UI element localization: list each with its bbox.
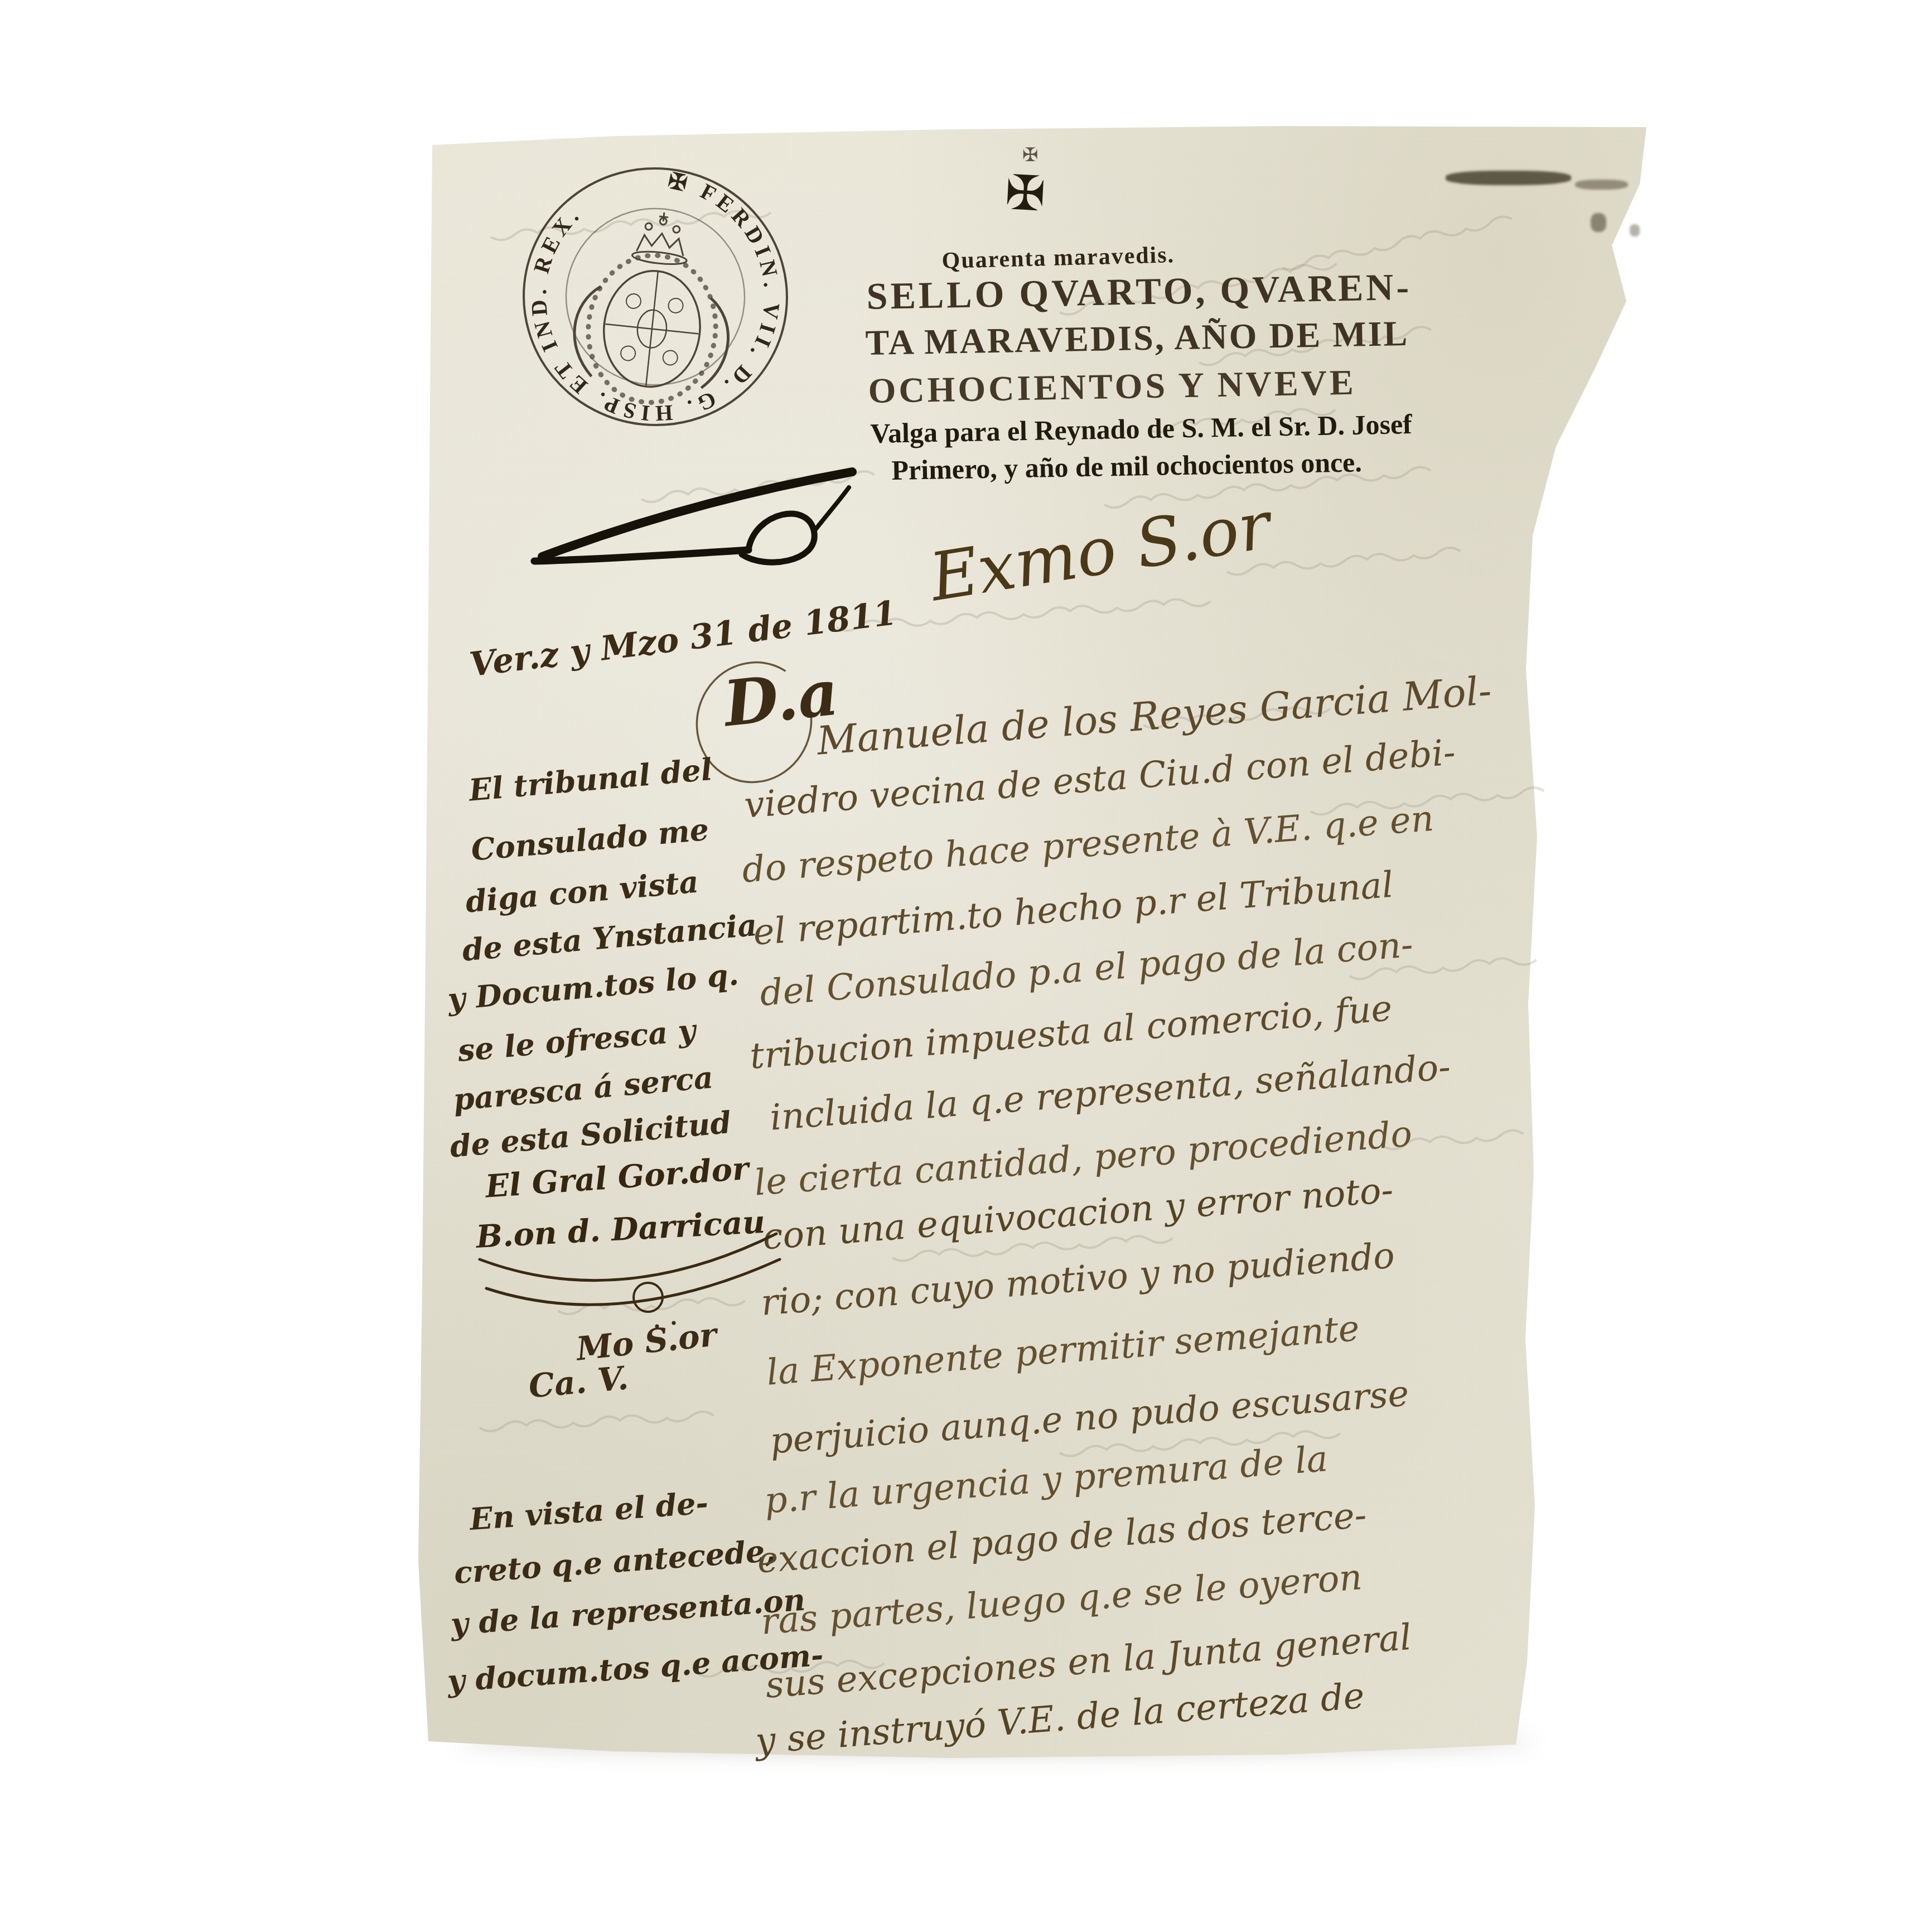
manuscript-photo: ✠ FERDIN. VII. D. G. HISP. ET IND. REX. … — [0, 0, 1932, 1932]
signature-rubric — [0, 0, 1932, 1932]
